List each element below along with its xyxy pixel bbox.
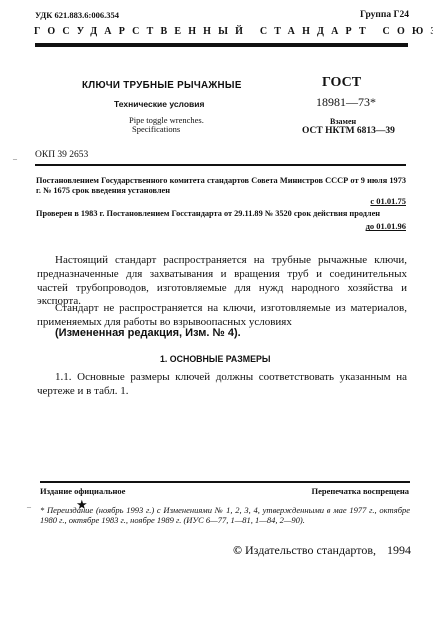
clause-1-1: 1.1. Основные размеры ключей должны соот… (37, 371, 407, 399)
english-title-line2: Specifications (132, 124, 180, 134)
okp-code: ОКП 39 2653 (35, 150, 88, 160)
gost-label: ГОСТ (322, 75, 361, 91)
section-heading: 1. ОСНОВНЫЕ РАЗМЕРЫ (160, 354, 270, 364)
paragraph-exclusion: Стандарт не распространяется на ключи, и… (37, 302, 407, 330)
margin-mark: – (27, 502, 31, 511)
official-edition-label: Издание официальное (40, 486, 125, 496)
publisher-line: © Издательство стандартов, 1994 (233, 543, 411, 558)
decree-block: Постановлением Государственного комитета… (36, 176, 406, 231)
decree-text-1: Постановлением Государственного комитета… (36, 176, 406, 196)
state-standard-banner: ГОСУДАРСТВЕННЫЙ СТАНДАРТ СОЮЗА ССР (34, 26, 433, 37)
publisher-name: Издательство стандартов, (245, 543, 376, 557)
gost-number: 18981—73* (316, 95, 376, 110)
document-title: КЛЮЧИ ТРУБНЫЕ РЫЧАЖНЫЕ (82, 80, 242, 91)
decree-date-2: до 01.01.96 (366, 221, 406, 231)
reissue-footnote: * Переиздание (ноябрь 1993 г.) с Изменен… (40, 505, 410, 525)
replaces-label: Взамен (330, 117, 356, 126)
decree-date-2-row: до 01.01.96 (36, 221, 406, 231)
paragraph-scope: Настоящий стандарт распространяется на т… (37, 254, 407, 309)
document-subtitle: Технические условия (114, 99, 204, 109)
decree-text-2: Проверен в 1983 г. Постановлением Госста… (36, 209, 406, 219)
reprint-prohibited-label: Перепечатка воспрещена (311, 486, 409, 496)
margin-mark: – (13, 154, 17, 163)
udk-code: УДК 621.883.6:006.354 (35, 10, 119, 20)
amendment-note: (Измененная редакция, Изм. № 4). (55, 327, 241, 339)
replaces-value: ОСТ НКТМ 6813—39 (302, 126, 395, 136)
copyright-icon: © (233, 543, 242, 558)
publication-year: 1994 (387, 543, 411, 557)
decree-date-1-row: с 01.01.75 (36, 196, 406, 206)
header-rule (35, 43, 408, 47)
okp-rule (35, 164, 406, 166)
group-code: Группа Г24 (360, 10, 409, 20)
decree-date-1: с 01.01.75 (370, 196, 406, 206)
footer-rule (40, 481, 410, 483)
